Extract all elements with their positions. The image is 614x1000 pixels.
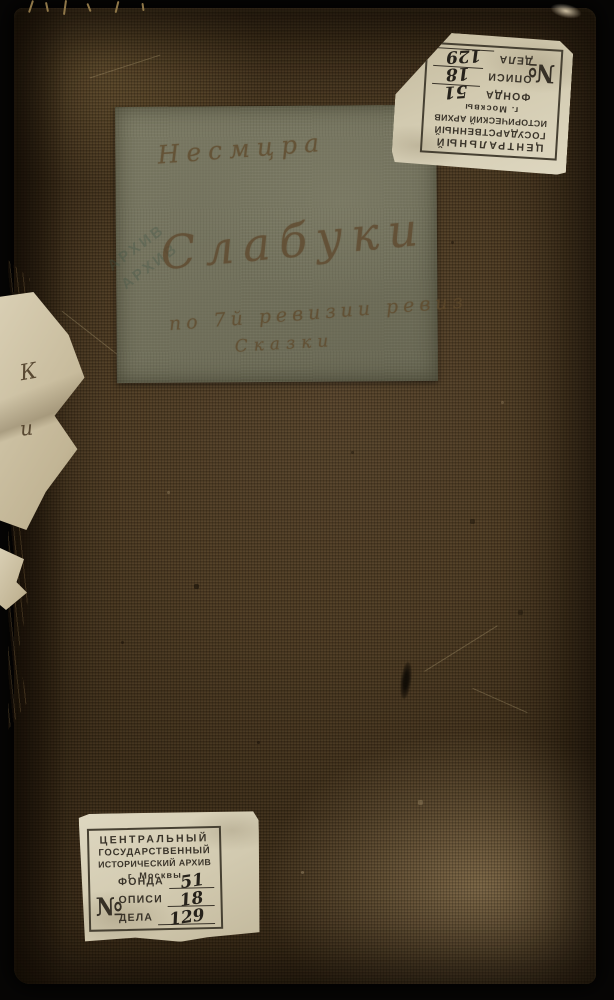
fond-line: 51	[169, 870, 215, 889]
archive-rows: ФОНДА 51 ОПИСИ 18 ДЕЛА 129	[431, 47, 533, 107]
handwritten-title-line2: Слабуки	[158, 201, 429, 280]
opis-label: ОПИСИ	[487, 68, 532, 85]
archive-org-line3: ИСТОРИЧЕСКИЙ АРХИВ	[90, 857, 220, 870]
archive-label-frame: ЦЕНТРАЛЬНЫЙ ГОСУДАРСТВЕННЫЙ ИСТОРИЧЕСКИЙ…	[87, 826, 223, 932]
opis-line: 18	[432, 65, 483, 86]
delo-label: ДЕЛА	[498, 51, 533, 67]
delo-line: 129	[433, 47, 494, 69]
archive-rows: ФОНДА 51 ОПИСИ 18 ДЕЛА 129	[118, 870, 215, 926]
handwritten-title-line3: по 7й ревизии ревиз	[168, 290, 469, 335]
cover-specks	[0, 0, 1, 1]
handwritten-title-line1: Несмцра	[156, 128, 326, 170]
fond-label: ФОНДА	[484, 86, 531, 103]
opis-label: ОПИСИ	[118, 893, 163, 908]
delo-label: ДЕЛА	[119, 911, 154, 926]
fond-line: 51	[431, 83, 480, 104]
delo-row: ДЕЛА 129	[119, 906, 215, 926]
archive-label-frame: ЦЕНТРАЛЬНЫЙ ГОСУДАРСТВЕННЫЙ ИСТОРИЧЕСКИЙ…	[420, 41, 564, 160]
archival-cover-photo: К и АРХИВ АРХИВ Несмцра Слабуки по 7й ре…	[0, 0, 614, 1000]
title-label: АРХИВ АРХИВ Несмцра Слабуки по 7й ревизи…	[115, 105, 438, 383]
fond-value: 51	[443, 82, 468, 100]
fond-label: ФОНДА	[118, 875, 164, 890]
delo-value: 129	[168, 907, 206, 929]
handwritten-title-line4: Сказки	[234, 331, 335, 357]
delo-line: 129	[158, 906, 215, 925]
spine-handwritten-mark: и	[19, 415, 36, 440]
archive-label-bottom: ЦЕНТРАЛЬНЫЙ ГОСУДАРСТВЕННЫЙ ИСТОРИЧЕСКИЙ…	[79, 810, 262, 944]
delo-value: 129	[445, 46, 481, 65]
opis-line: 18	[168, 888, 215, 907]
frayed-thread	[141, 3, 144, 11]
